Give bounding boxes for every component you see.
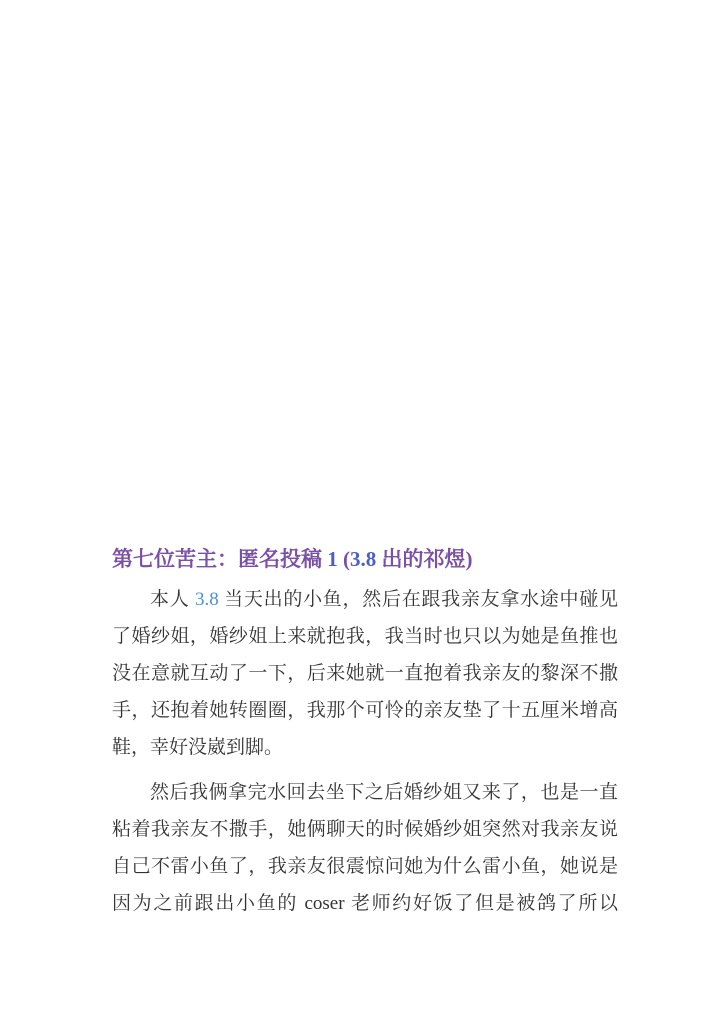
text-segment: 然后我俩拿完水回去坐下之后婚纱姐又来了，也是一直 (150, 782, 618, 803)
highlighted-text: 第七位苦主：匿名投稿 (112, 547, 327, 571)
text-segment: 手，还抱着她转圈圈，我那个可怜的亲友垫了十五厘米增高 (112, 700, 618, 721)
text-segment: 因为之前跟出小鱼的 coser 老师约好饭了但是被鸽了所以 (112, 893, 618, 914)
highlighted-text: 1 (327, 547, 338, 571)
text-segment: 粘着我亲友不撒手，她俩聊天的时候婚纱姐突然对我亲友说 (112, 819, 618, 840)
text-line: 因为之前跟出小鱼的 coser 老师约好饭了但是被鸽了所以 (112, 885, 618, 922)
text-segment: 本人 (150, 589, 195, 610)
paragraph: 本人 3.8 当天出的小鱼，然后在跟我亲友拿水途中碰见了婚纱姐，婚纱姐上来就抱我… (112, 581, 618, 766)
text-line: 了婚纱姐，婚纱姐上来就抱我，我当时也只以为她是鱼推也 (112, 618, 618, 655)
highlighted-text: 3.8 (195, 589, 219, 610)
text-segment: 鞋，幸好没崴到脚。 (112, 737, 283, 758)
text-segment: 自己不雷小鱼了，我亲友很震惊问她为什么雷小鱼，她说是 (112, 856, 618, 877)
text-line: 粘着我亲友不撒手，她俩聊天的时候婚纱姐突然对我亲友说 (112, 811, 618, 848)
paragraph: 然后我俩拿完水回去坐下之后婚纱姐又来了，也是一直粘着我亲友不撒手，她俩聊天的时候… (112, 774, 618, 922)
document-page: 第七位苦主：匿名投稿 1 (3.8 出的祁煜) 本人 3.8 当天出的小鱼，然后… (0, 0, 724, 1024)
text-line: 本人 3.8 当天出的小鱼，然后在跟我亲友拿水途中碰见 (112, 581, 618, 618)
text-line: 自己不雷小鱼了，我亲友很震惊问她为什么雷小鱼，她说是 (112, 848, 618, 885)
text-segment: 没在意就互动了一下，后来她就一直抱着我亲友的黎深不撒 (112, 663, 618, 684)
text-line: 手，还抱着她转圈圈，我那个可怜的亲友垫了十五厘米增高 (112, 692, 618, 729)
highlighted-text: 3.8 (350, 547, 376, 571)
text-segment: 当天出的小鱼，然后在跟我亲友拿水途中碰见 (219, 589, 618, 610)
highlighted-text: 出的祁煜) (376, 547, 472, 571)
text-segment: 了婚纱姐，婚纱姐上来就抱我，我当时也只以为她是鱼推也 (112, 626, 618, 647)
text-line: 鞋，幸好没崴到脚。 (112, 729, 618, 766)
document-content: 本人 3.8 当天出的小鱼，然后在跟我亲友拿水途中碰见了婚纱姐，婚纱姐上来就抱我… (112, 581, 618, 922)
text-line: 然后我俩拿完水回去坐下之后婚纱姐又来了，也是一直 (112, 774, 618, 811)
text-line: 没在意就互动了一下，后来她就一直抱着我亲友的黎深不撒 (112, 655, 618, 692)
highlighted-text: ( (338, 547, 350, 571)
section-heading: 第七位苦主：匿名投稿 1 (3.8 出的祁煜) (112, 545, 618, 573)
